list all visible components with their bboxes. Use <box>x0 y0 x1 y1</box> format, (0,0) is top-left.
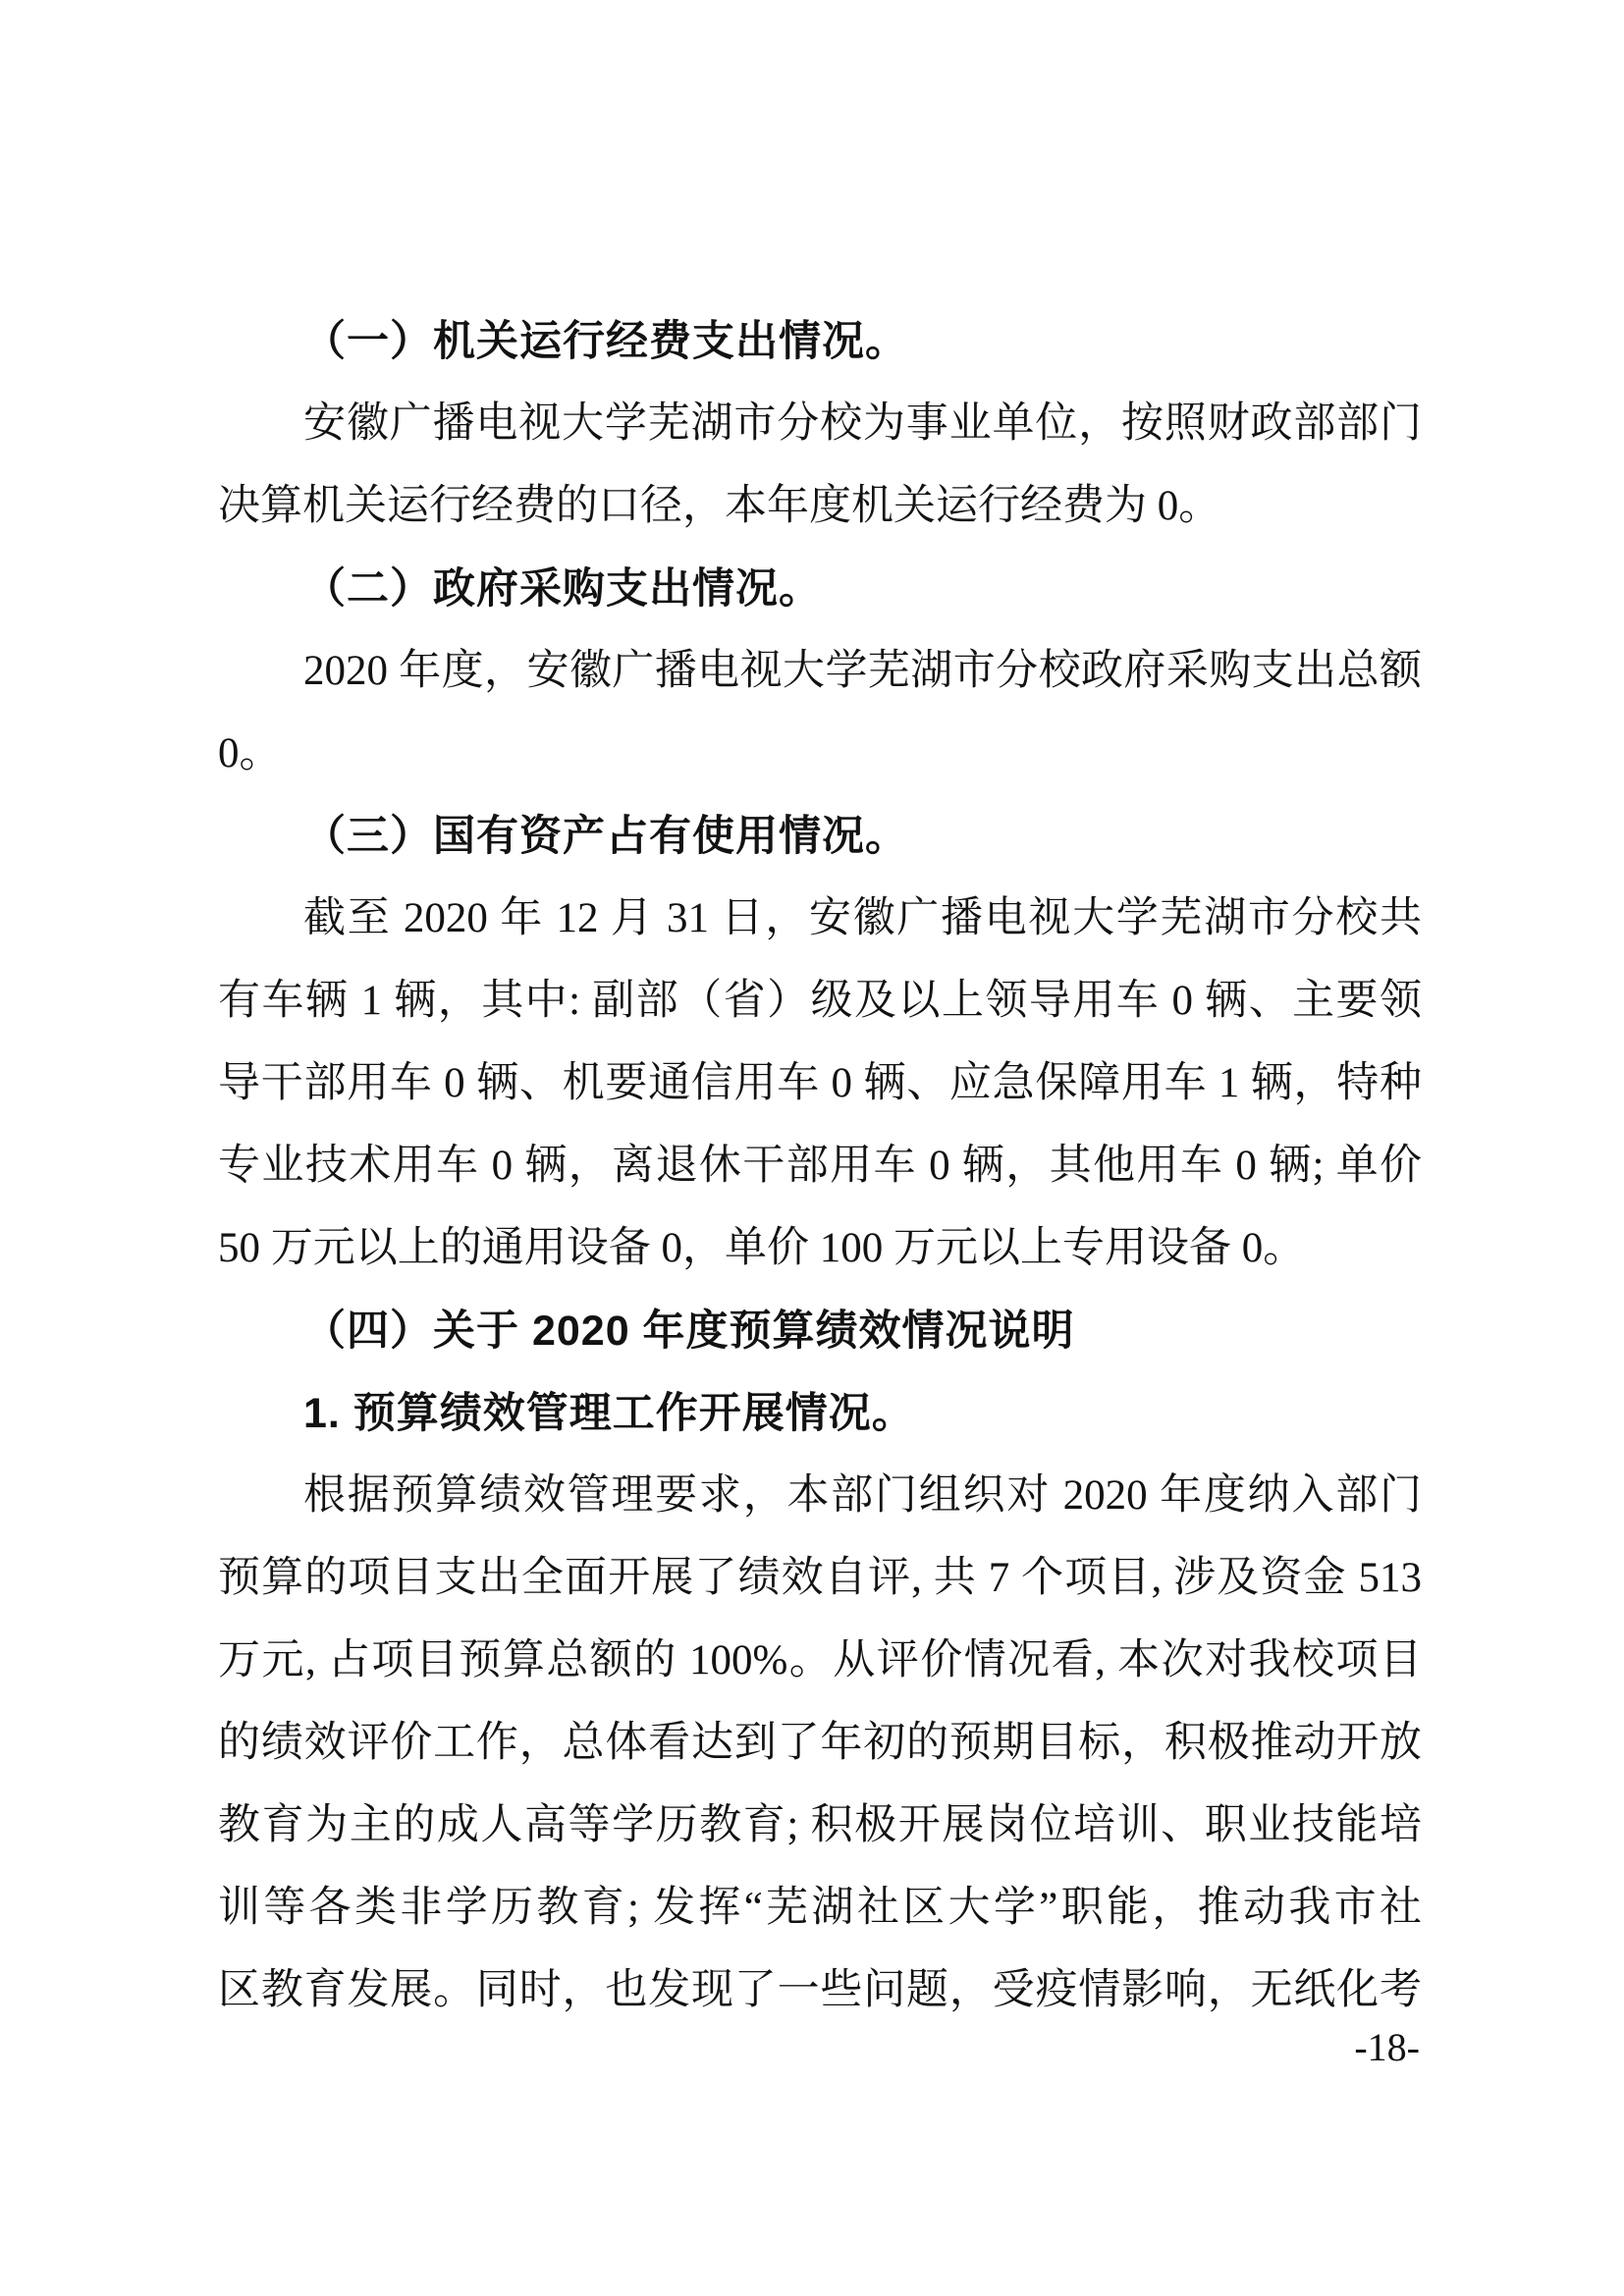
text-line: （四）关于 2020 年度预算绩效情况说明 <box>218 1290 1422 1372</box>
text-line: 专业技术用车 0 辆，离退休干部用车 0 辆，其他用车 0 辆; 单价 <box>218 1125 1422 1207</box>
document-page: （一）机关运行经费支出情况。安徽广播电视大学芜湖市分校为事业单位，按照财政部部门… <box>0 0 1624 2296</box>
text-line: 截至 2020 年 12 月 31 日，安徽广播电视大学芜湖市分校共 <box>218 878 1422 960</box>
text-line: 的绩效评价工作，总体看达到了年初的预期目标，积极推动开放 <box>218 1702 1422 1785</box>
text-line: （二）政府采购支出情况。 <box>218 548 1422 630</box>
text-line: 安徽广播电视大学芜湖市分校为事业单位，按照财政部部门 <box>218 383 1422 465</box>
text-line: 万元, 占项目预算总额的 100%。从评价情况看, 本次对我校项目 <box>218 1620 1422 1702</box>
page-number: -18- <box>1354 2024 1420 2071</box>
text-line: 有车辆 1 辆，其中: 副部（省）级及以上领导用车 0 辆、主要领 <box>218 960 1422 1042</box>
text-line: 1. 预算绩效管理工作开展情况。 <box>218 1372 1422 1455</box>
text-line: 根据预算绩效管理要求，本部门组织对 2020 年度纳入部门 <box>218 1455 1422 1537</box>
text-line: 预算的项目支出全面开展了绩效自评, 共 7 个项目, 涉及资金 513 <box>218 1537 1422 1620</box>
text-line: 50 万元以上的通用设备 0，单价 100 万元以上专用设备 0。 <box>218 1207 1422 1290</box>
document-body: （一）机关运行经费支出情况。安徽广播电视大学芜湖市分校为事业单位，按照财政部部门… <box>218 300 1422 2032</box>
text-line: （三）国有资产占有使用情况。 <box>218 795 1422 878</box>
text-line: 决算机关运行经费的口径，本年度机关运行经费为 0。 <box>218 465 1422 548</box>
text-line: 教育为主的成人高等学历教育; 积极开展岗位培训、职业技能培 <box>218 1785 1422 1867</box>
text-line: 0。 <box>218 713 1422 795</box>
text-line: （一）机关运行经费支出情况。 <box>218 300 1422 383</box>
text-line: 训等各类非学历教育; 发挥“芜湖社区大学”职能，推动我市社 <box>218 1867 1422 1949</box>
text-line: 2020 年度，安徽广播电视大学芜湖市分校政府采购支出总额 <box>218 630 1422 713</box>
text-line: 导干部用车 0 辆、机要通信用车 0 辆、应急保障用车 1 辆，特种 <box>218 1042 1422 1125</box>
text-line: 区教育发展。同时，也发现了一些问题，受疫情影响，无纸化考 <box>218 1949 1422 2032</box>
